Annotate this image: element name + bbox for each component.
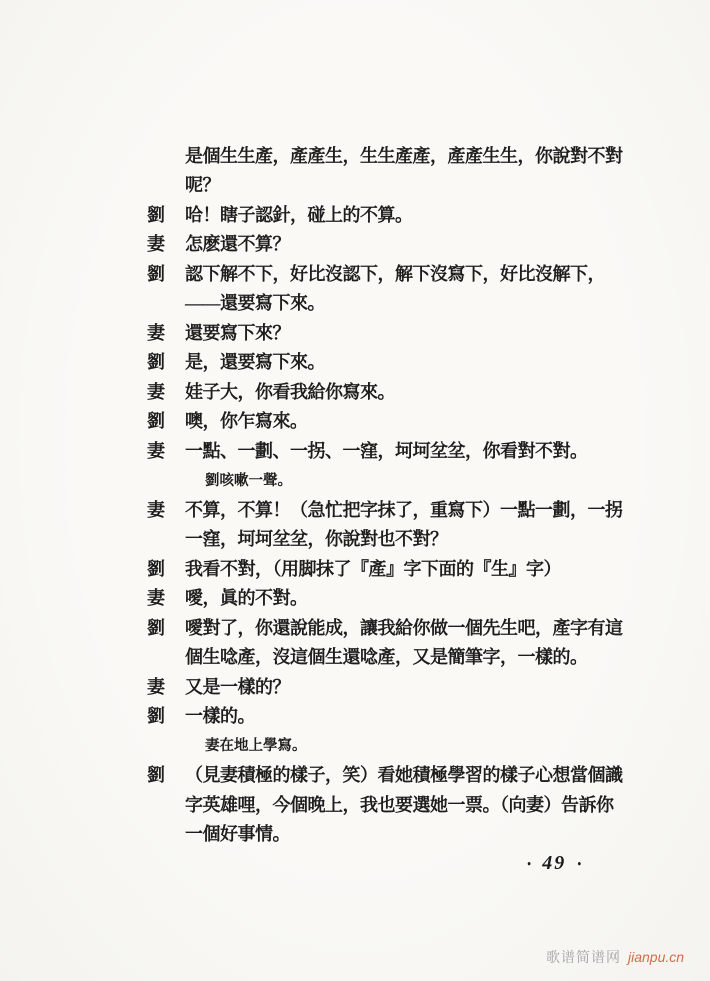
dialogue-text: 噯對了，你還說能成，讓我給你做一個先生吧，產字有這 xyxy=(185,614,623,640)
dialogue-text: 一窪，坷坷坌坌，你說對也不對？ xyxy=(185,525,448,551)
script-line: 個生唸產，沒這個生還唸產，又是簡筆字，一樣的。 xyxy=(147,642,647,672)
script-line: 妻不算，不算！（急忙把字抹了，重寫下）一點一劃，一拐 xyxy=(147,494,647,524)
speaker-label: 劉 xyxy=(147,555,185,581)
speaker-label: 劉 xyxy=(147,201,185,227)
dialogue-text: 哈！瞎子認針，碰上的不算。 xyxy=(185,201,413,227)
watermark: 歌谱简谱网 jianpu.cn xyxy=(546,947,684,967)
dialogue-text: 一樣的。 xyxy=(185,702,255,728)
dialogue-text: 怎麽還不算？ xyxy=(185,230,290,256)
script-line: 劉（見妻積極的樣子，笑）看她積極學習的樣子心想當個識 xyxy=(147,760,647,790)
stage-direction-text: 妻在地上學寫。 xyxy=(205,734,307,755)
speaker-label: 劉 xyxy=(147,407,185,433)
script-line: 劉認下解不下，好比沒認下，解下沒寫下，好比沒解下， xyxy=(147,258,647,288)
page-number-value: 49 xyxy=(542,852,566,875)
dialogue-text: 噯，眞的不對。 xyxy=(185,584,308,610)
page-number-right-dot: • xyxy=(577,857,581,870)
script-line: 劉噯對了，你還說能成，讓我給你做一個先生吧，產字有這 xyxy=(147,612,647,642)
dialogue-text: 又是一樣的？ xyxy=(185,673,290,699)
speaker-label: 妻 xyxy=(147,673,185,699)
script-line: 劉我看不對，（用脚抹了『產』字下面的『生』字） xyxy=(147,553,647,583)
dialogue-text: ——還要寫下來。 xyxy=(185,289,325,315)
script-line: 劉是，還要寫下來。 xyxy=(147,347,647,377)
dialogue-text: 字英雄哩，今個晚上，我也要選她一票。（向妻）告訴你 xyxy=(185,791,614,817)
dialogue-text: 不算，不算！（急忙把字抹了，重寫下）一點一劃，一拐 xyxy=(185,496,623,522)
script-line: 字英雄哩，今個晚上，我也要選她一票。（向妻）告訴你 xyxy=(147,789,647,819)
script-line: 劉哈！瞎子認針，碰上的不算。 xyxy=(147,199,647,229)
dialogue-text: 一點、一劃、一拐、一窪，坷坷坌坌，你看對不對。 xyxy=(185,437,588,463)
speaker-label: 劉 xyxy=(147,260,185,286)
script-line: 妻還要寫下來？ xyxy=(147,317,647,347)
page-number: • 49 • xyxy=(527,852,581,875)
script-line: 妻一點、一劃、一拐、一窪，坷坷坌坌，你看對不對。 xyxy=(147,435,647,465)
speaker-label: 妻 xyxy=(147,319,185,345)
script-line: 呢？ xyxy=(147,170,647,200)
speaker-label: 劉 xyxy=(147,761,185,787)
watermark-site-name: 歌谱简谱网 xyxy=(546,947,621,967)
dialogue-text: 噢，你乍寫來。 xyxy=(185,407,308,433)
speaker-label: 妻 xyxy=(147,230,185,256)
speaker-label: 劉 xyxy=(147,702,185,728)
script-line: 是個生生產，產產生，生生產產，產產生生，你說對不對 xyxy=(147,140,647,170)
dialogue-text: 我看不對，（用脚抹了『產』字下面的『生』字） xyxy=(185,555,561,581)
speaker-label: 劉 xyxy=(147,614,185,640)
script-line: 妻娃子大，你看我給你寫來。 xyxy=(147,376,647,406)
speaker-label: 劉 xyxy=(147,348,185,374)
dialogue-text: 娃子大，你看我給你寫來。 xyxy=(185,378,395,404)
page-number-left-dot: • xyxy=(527,857,531,870)
script-line: 劉一樣的。 xyxy=(147,701,647,731)
script-line: ——還要寫下來。 xyxy=(147,288,647,318)
stage-direction-line: 劉咳嗽一聲。 xyxy=(147,465,647,495)
script-line: 妻噯，眞的不對。 xyxy=(147,583,647,613)
dialogue-text: 是，還要寫下來。 xyxy=(185,348,325,374)
book-page: 是個生生產，產產生，生生產產，產產生生，你說對不對呢？劉哈！瞎子認針，碰上的不算… xyxy=(0,0,710,981)
script-line: 妻怎麽還不算？ xyxy=(147,229,647,259)
speaker-label: 妻 xyxy=(147,378,185,404)
dialogue-text: 還要寫下來？ xyxy=(185,319,290,345)
dialogue-text: 是個生生產，產產生，生生產產，產產生生，你說對不對 xyxy=(185,142,623,168)
stage-direction-line: 妻在地上學寫。 xyxy=(147,730,647,760)
script-text-block: 是個生生產，產產生，生生產產，產產生生，你說對不對呢？劉哈！瞎子認針，碰上的不算… xyxy=(147,140,647,848)
script-line: 劉噢，你乍寫來。 xyxy=(147,406,647,436)
speaker-label: 妻 xyxy=(147,437,185,463)
dialogue-text: 個生唸產，沒這個生還唸產，又是簡筆字，一樣的。 xyxy=(185,643,588,669)
stage-direction-text: 劉咳嗽一聲。 xyxy=(205,469,292,490)
script-line: 一窪，坷坷坌坌，你說對也不對？ xyxy=(147,524,647,554)
dialogue-text: 認下解不下，好比沒認下，解下沒寫下，好比沒解下， xyxy=(185,260,605,286)
dialogue-text: 呢？ xyxy=(185,171,220,197)
dialogue-text: 一個好事情。 xyxy=(185,820,290,846)
speaker-label: 妻 xyxy=(147,584,185,610)
speaker-label: 妻 xyxy=(147,496,185,522)
script-line: 一個好事情。 xyxy=(147,819,647,849)
watermark-site-url: jianpu.cn xyxy=(628,949,684,965)
script-line: 妻又是一樣的？ xyxy=(147,671,647,701)
dialogue-text: （見妻積極的樣子，笑）看她積極學習的樣子心想當個識 xyxy=(185,761,623,787)
